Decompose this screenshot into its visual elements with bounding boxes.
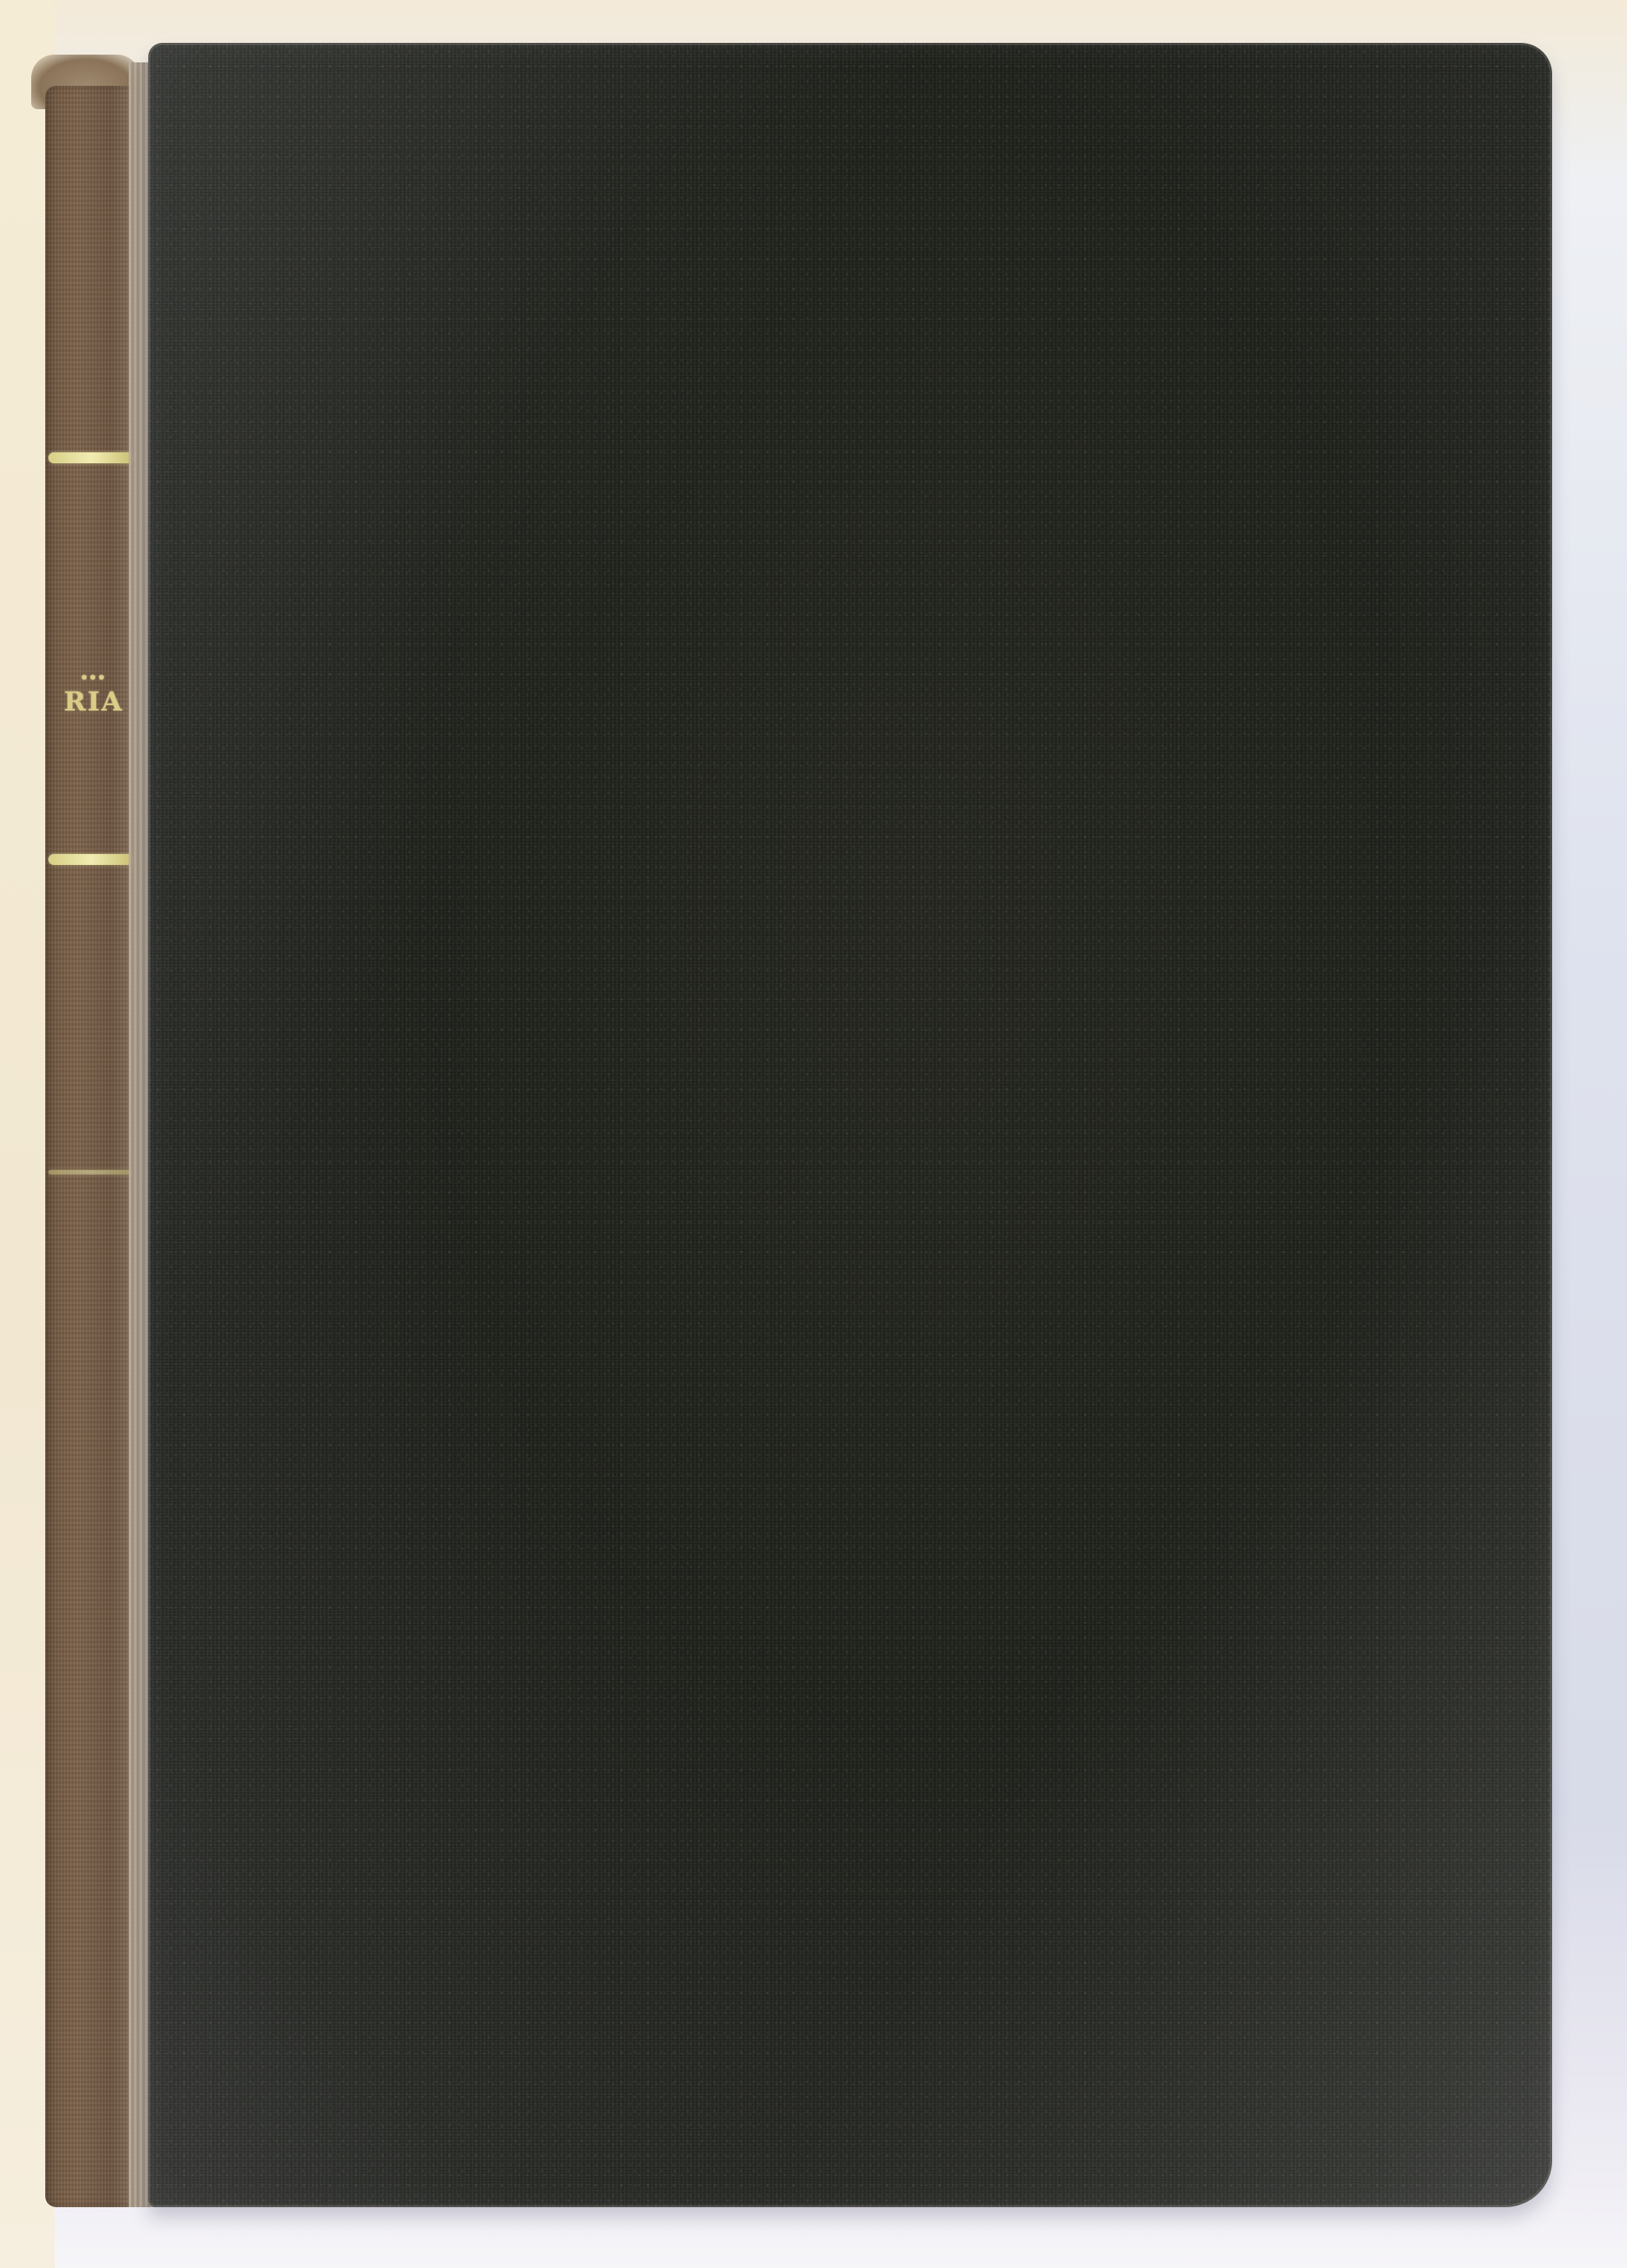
spine-gold-band-top: [48, 452, 134, 463]
book: …RIA: [0, 0, 1627, 2268]
spine-gold-band-bottom: [48, 854, 134, 865]
front-cover: [148, 43, 1552, 2207]
spine-title-fragment: …RIA: [55, 655, 133, 718]
spine-faint-rule: [48, 1170, 134, 1175]
book-spine: [45, 86, 139, 2207]
